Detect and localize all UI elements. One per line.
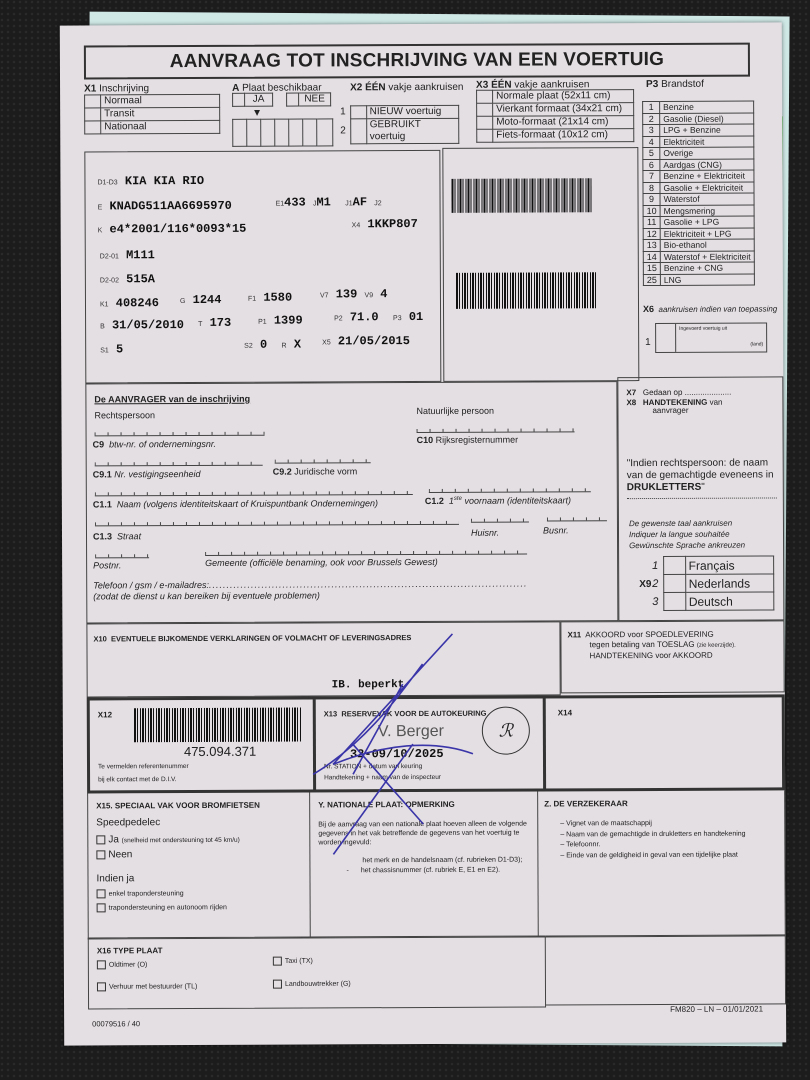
fuel-table: 1Benzine2Gasolie (Diesel)3LPG + Benzine4…	[642, 101, 755, 286]
inspection-seal-icon: ℛ	[482, 707, 530, 755]
postnr-label: Postnr.	[93, 560, 121, 570]
c91-label: C9.1 Nr. vestigingseenheid	[93, 469, 201, 479]
field-v7-v9: V7 139 V9 4	[320, 287, 388, 301]
x1-normaal-label: Normaal	[101, 94, 220, 108]
language-number: 1	[649, 556, 663, 574]
x16-heading: X16 TYPE PLAAT	[97, 946, 163, 955]
language-number: 2	[649, 574, 663, 592]
x14-label: X14	[558, 708, 572, 717]
fuel-option-label: Gasolie + Elektriciteit	[660, 182, 754, 194]
fuel-option-number: 12	[643, 228, 660, 240]
fuel-option-label: Mengsmering	[660, 205, 754, 217]
x13-note: Nr. STATION + datum van keuringHandteken…	[324, 761, 441, 784]
fuel-option-label: LNG	[660, 274, 754, 286]
x3-option-label: Fiets-formaat (10x12 cm)	[493, 129, 634, 143]
language-label: Français	[685, 556, 773, 574]
x8-label: X8 HANDTEKENING vanaanvrager	[626, 399, 722, 415]
c11-input[interactable]	[95, 489, 413, 496]
p3-label: P3 Brandstof	[646, 79, 704, 90]
field-t: T 173	[198, 316, 231, 330]
speedpedelec-label: Speedpedelec	[96, 817, 160, 828]
x10-label: X10 EVENTUELE BIJKOMENDE VERKLARINGEN OF…	[93, 633, 411, 643]
x16-verhuur-checkbox[interactable]	[97, 982, 106, 991]
z-list: – Vignet van de maatschappij– Naam van d…	[560, 819, 750, 862]
x1-transit-label: Transit	[101, 107, 220, 121]
x3-moto-checkbox[interactable]	[477, 116, 493, 129]
fuel-option-label: Elektriciteit + LPG	[660, 228, 754, 240]
huisnr-label: Huisnr.	[471, 528, 499, 538]
x16-verhuur: Verhuur met bestuurder (TL)	[97, 982, 197, 991]
x12-section: X12 475.094.371 Te vermelden referentenu…	[90, 699, 316, 790]
x7-label: X7 Gedaan op .....................	[626, 388, 731, 397]
field-x4: X4 1KKP807	[352, 217, 418, 231]
x3-table: Normale plaat (52x11 cm) Vierkant formaa…	[476, 89, 634, 143]
inspector-name-stamp: V. Berger	[378, 723, 444, 741]
x13-section: X13 RESERVEVAK VOOR DE AUTOKEURING V. Be…	[316, 698, 546, 789]
c91-input[interactable]	[95, 460, 263, 467]
x16-oldtimer-checkbox[interactable]	[97, 960, 106, 969]
language-table: 1Français2Nederlands3Deutsch	[649, 555, 774, 611]
language-checkbox[interactable]	[663, 574, 685, 592]
a-yes-label: JA	[245, 93, 273, 106]
language-instructions: De gewenste taal aankruisen Indiquer la …	[629, 518, 745, 552]
fuel-option-label: Bio-ethanol	[660, 239, 754, 251]
plate-number-boxes[interactable]	[232, 118, 333, 146]
fuel-option[interactable]: 6Aardgas (CNG)	[643, 159, 754, 171]
reserved-row: X12 475.094.371 Te vermelden referentenu…	[87, 694, 785, 793]
applicant-heading: De AANVRAGER van de inschrijving	[94, 394, 250, 405]
x12-label: X12	[98, 710, 112, 719]
x16-section: X16 TYPE PLAAT Oldtimer (O) Taxi (TX) Ve…	[88, 935, 546, 1009]
fuel-option-label: Benzine + CNG	[660, 262, 754, 274]
vehicle-data-panel: D1-D3 KIA KIA RIO E KNADG511AA6695970 E1…	[84, 150, 441, 384]
x6-num: 1	[645, 337, 651, 348]
y-text: Bij de aanvraag van een nationale plaat …	[318, 820, 532, 848]
x2-num: 1	[336, 106, 350, 119]
fuel-option-number: 14	[643, 251, 660, 263]
x12-reference: 475.094.371	[184, 744, 256, 759]
registration-form: AANVRAAG TOT INSCHRIJVING VAN EEN VOERTU…	[60, 22, 786, 1045]
fuel-option-number: 25	[643, 274, 660, 286]
fuel-option[interactable]: 1Benzine	[643, 101, 754, 113]
c10-input[interactable]	[417, 426, 575, 433]
busnr-label: Busnr.	[543, 525, 569, 535]
x2-table: 1NIEUW voertuig 2GEBRUIKT voertuig	[336, 105, 459, 145]
a-no-checkbox[interactable]	[287, 93, 299, 106]
field-s1: S1 5	[100, 342, 123, 356]
x12-note: Te vermelden referentenummerbij elk cont…	[98, 760, 189, 786]
field-f1: F1 1580	[248, 291, 292, 305]
fuel-option-label: Waterstof + Elektriciteit	[660, 251, 754, 263]
x1-table: Normaal Transit Nationaal	[84, 94, 220, 135]
field-k1: K1 408246	[100, 296, 159, 310]
arrow-down-icon: ▼	[252, 108, 262, 119]
fuel-option-number: 15	[643, 262, 660, 274]
huisnr-input[interactable]	[471, 517, 529, 523]
barcode-2	[456, 272, 598, 309]
x2-gebruikt-label: GEBRUIKT voertuig	[366, 118, 458, 143]
x15-opt2-checkbox[interactable]	[97, 903, 106, 912]
footer-form-code: FM820 – LN – 01/01/2021	[670, 1005, 763, 1014]
field-d202: D2-02 515A	[100, 272, 155, 286]
barcode-1	[451, 178, 591, 213]
field-k: K e4*2001/116*0093*15	[98, 222, 247, 237]
a-yes-checkbox[interactable]	[233, 93, 245, 106]
field-b: B 31/05/2010	[100, 318, 184, 332]
phone-note: (zodat de dienst u kan bereiken bij even…	[93, 590, 320, 601]
x6-field-suffix: (land)	[750, 342, 763, 348]
x3-option-label: Moto-formaat (21x14 cm)	[493, 116, 634, 130]
x3-option-label: Normale plaat (52x11 cm)	[493, 90, 634, 104]
field-p1: P1 1399	[258, 314, 303, 328]
x10-section: X10 EVENTUELE BIJKOMENDE VERKLARINGEN OF…	[86, 621, 560, 697]
x1-label: X1 Inschrijving	[84, 83, 149, 94]
fuel-option[interactable]: 15Benzine + CNG	[643, 262, 754, 274]
language-checkbox[interactable]	[663, 556, 685, 574]
x1-nationaal-label: Nationaal	[101, 120, 220, 134]
fuel-option-label: Benzine + Elektriciteit	[660, 170, 754, 182]
a-yes-box: JA	[232, 93, 273, 107]
x1-nationaal-checkbox[interactable]	[85, 121, 101, 134]
x3-normale-checkbox[interactable]	[477, 90, 493, 103]
applicant-section: De AANVRAGER van de inschrijving Rechtsp…	[85, 381, 618, 623]
x2-nieuw-checkbox[interactable]	[350, 106, 366, 119]
fuel-option[interactable]: 25LNG	[643, 274, 754, 286]
x2-gebruikt-checkbox[interactable]	[350, 119, 366, 144]
z-list-item: – Naam van de gemachtigde in drukletters…	[560, 829, 750, 839]
x16-landbouw-checkbox[interactable]	[273, 980, 282, 989]
x6-label: X6 aankruisen indien van toepassing	[643, 304, 777, 314]
x15-opt1-checkbox[interactable]	[97, 889, 106, 898]
fuel-option[interactable]: 12Elektriciteit + LPG	[643, 228, 754, 240]
fuel-option[interactable]: 9Waterstof	[643, 193, 754, 205]
fuel-option-label: Gasolie + LPG	[660, 216, 754, 228]
z-list-item: – Telefoonnr.	[560, 840, 750, 850]
z-list-item: – Vignet van de maatschappij	[560, 819, 750, 829]
fuel-option-number: 13	[643, 239, 660, 251]
fuel-option[interactable]: 5Overige	[643, 147, 754, 159]
fuel-option-number: 6	[643, 159, 660, 171]
field-p2-p3: P2 71.0 P3 01	[334, 310, 423, 324]
fuel-option[interactable]: 2Gasolie (Diesel)	[643, 113, 754, 125]
a-no-box: NEE	[286, 92, 331, 106]
indien-ja-label: Indien ja	[96, 873, 134, 884]
field-e: E KNADG511AA6695970	[98, 199, 232, 214]
fuel-option-number: 10	[643, 205, 660, 217]
fuel-option-label: Benzine	[660, 101, 754, 113]
language-option: 1Français	[649, 556, 773, 575]
language-number: 3	[649, 592, 663, 610]
fuel-option[interactable]: 3LPG + Benzine	[643, 124, 754, 136]
fuel-option-label: Overige	[660, 147, 754, 159]
fuel-option-number: 7	[643, 170, 660, 182]
fuel-option-label: Gasolie (Diesel)	[660, 113, 754, 125]
fuel-option-label: Aardgas (CNG)	[660, 159, 754, 171]
x3-fiets-checkbox[interactable]	[477, 129, 493, 142]
x15-ja-option: Ja (snelheid met ondersteuning tot 45 km…	[96, 834, 240, 846]
x15-neen-option: Neen	[96, 849, 132, 860]
fuel-option-number: 4	[643, 136, 660, 148]
x16-oldtimer: Oldtimer (O)	[97, 960, 148, 969]
barcode-panel	[442, 147, 639, 382]
x2-label: X2 ÉÉN vakje aankruisen	[350, 82, 463, 93]
busnr-input[interactable]	[547, 515, 607, 521]
signature-language-section: X7 Gedaan op ..................... X8 HA…	[617, 376, 784, 621]
fuel-option[interactable]: 11Gasolie + LPG	[643, 216, 754, 228]
field-e1-j-j1: E1433 JM1 J1AF J2	[276, 195, 382, 209]
fuel-option-number: 9	[643, 193, 660, 205]
x6-checkbox[interactable]	[656, 324, 676, 352]
x3-option-label: Vierkant formaat (34x21 cm)	[493, 103, 634, 117]
legal-person-note: "Indien rechtspersoon: de naam van de ge…	[627, 457, 777, 494]
x15-heading: X15. SPECIAAL VAK VOOR BROMFIETSEN	[96, 801, 260, 811]
language-option: 2Nederlands	[649, 574, 773, 593]
x12-barcode	[134, 708, 302, 743]
c92-input[interactable]	[275, 457, 371, 463]
c10-label: C10 Rijksregisternummer	[417, 435, 519, 445]
x11-section: X11 AKKOORD voor SPOEDLEVERING tegen bet…	[560, 620, 784, 693]
z-list-item: – Einde van de geldigheid in geval van e…	[560, 850, 750, 860]
x14-section: X14	[550, 697, 780, 788]
x15-ja-checkbox[interactable]	[96, 835, 105, 844]
footer-serial: 00079516 / 40	[92, 1019, 140, 1028]
language-option: 3Deutsch	[649, 592, 773, 611]
fuel-option-number: 8	[643, 182, 660, 194]
phone-label: Telefoon / gsm / e-mailadres:...........…	[93, 579, 527, 591]
fuel-option-number: 1	[643, 101, 660, 113]
language-label: Nederlands	[685, 574, 773, 592]
y-section: Y. NATIONALE PLAAT: OPMERKING Bij de aan…	[310, 792, 539, 937]
fuel-option[interactable]: 13Bio-ethanol	[643, 239, 754, 251]
x15-opt1: enkel trapondersteuning	[97, 889, 184, 898]
postnr-input[interactable]	[95, 552, 149, 558]
c9-label: C9 btw-nr. of ondernemingsnr.	[93, 439, 216, 450]
c92-label: C9.2 Juridische vorm	[273, 466, 358, 476]
gemeente-label: Gemeente (officiële benaming, ook voor B…	[205, 557, 438, 568]
c13-input[interactable]	[95, 519, 459, 527]
fuel-option[interactable]: 4Elektriciteit	[643, 136, 754, 148]
x1-normaal-checkbox[interactable]	[85, 95, 101, 108]
c12-label: C1.2 1ste voornaam (identiteitskaart)	[425, 495, 571, 506]
x6-box: Ingevoerd voertuig uit (land)	[655, 322, 767, 352]
z-heading: Z. DE VERZEKERAAR	[544, 799, 628, 808]
field-s2-r: S2 0 R X	[244, 338, 301, 352]
language-label: Deutsch	[685, 592, 773, 610]
x3-vierkant-checkbox[interactable]	[477, 103, 493, 116]
x13-label: X13 RESERVEVAK VOOR DE AUTOKEURING	[324, 709, 487, 719]
x10-value: IB. beperkt	[332, 679, 405, 691]
field-x5: X5 21/05/2015	[322, 334, 410, 348]
fuel-option-number: 5	[643, 147, 660, 159]
fuel-option-label: Waterstof	[660, 193, 754, 205]
x2-nieuw-label: NIEUW voertuig	[366, 105, 458, 118]
x2-num: 2	[336, 119, 350, 144]
form-title: AANVRAAG TOT INSCHRIJVING VAN EEN VOERTU…	[84, 43, 750, 80]
fuel-option[interactable]: 10Mengsmering	[643, 205, 754, 217]
c12-input[interactable]	[429, 486, 591, 493]
field-d1d3: D1-D3 KIA KIA RIO	[97, 174, 204, 188]
lower-row: X15. SPECIAAL VAK VOOR BROMFIETSEN Speed…	[87, 790, 786, 939]
field-g: G 1244	[180, 293, 222, 307]
x6-field-label: Ingevoerd voertuig uit	[679, 326, 727, 332]
x16-empty-area	[546, 934, 786, 1005]
x16-taxi-checkbox[interactable]	[273, 957, 282, 966]
x1-transit-checkbox[interactable]	[85, 108, 101, 121]
fuel-option[interactable]: 7Benzine + Elektriciteit	[643, 170, 754, 182]
field-d201: D2-01 M111	[100, 248, 155, 262]
x15-section: X15. SPECIAAL VAK VOOR BROMFIETSEN Speed…	[88, 792, 311, 937]
x11-text: X11 AKKOORD voor SPOEDLEVERING tegen bet…	[567, 630, 735, 662]
fuel-option[interactable]: 8Gasolie + Elektriciteit	[643, 182, 754, 194]
print-name-line[interactable]	[627, 497, 777, 499]
gemeente-input[interactable]	[205, 549, 527, 556]
fuel-option-number: 11	[643, 216, 660, 228]
x16-landbouw: Landbouwtrekker (G)	[273, 979, 351, 988]
legal-person-label: Rechtspersoon	[94, 410, 155, 420]
natural-person-label: Natuurlijke persoon	[416, 406, 494, 416]
fuel-option-label: Elektriciteit	[660, 136, 754, 148]
fuel-option-label: LPG + Benzine	[660, 124, 754, 136]
y-heading: Y. NATIONALE PLAAT: OPMERKING	[318, 800, 455, 810]
language-checkbox[interactable]	[663, 592, 685, 610]
c11-label: C1.1 Naam (volgens identiteitskaart of K…	[93, 498, 378, 509]
x16-taxi: Taxi (TX)	[273, 956, 313, 965]
station-date: 32-09/10/2025	[350, 747, 444, 761]
fuel-option-number: 3	[643, 124, 660, 136]
x15-opt2: trapondersteuning en autonoom rijden	[97, 903, 227, 913]
x15-neen-checkbox[interactable]	[96, 850, 105, 859]
a-no-label: NEE	[299, 93, 331, 106]
c9-input[interactable]	[95, 430, 265, 437]
y-list: het merk en de handelsnaam (cf. rubrieke…	[346, 856, 526, 876]
fuel-option[interactable]: 14Waterstof + Elektriciteit	[643, 251, 754, 263]
z-section: Z. DE VERZEKERAAR – Vignet van de maatsc…	[538, 790, 785, 935]
fuel-option-number: 2	[643, 113, 660, 125]
c13-label: C1.3 Straat	[93, 531, 141, 541]
